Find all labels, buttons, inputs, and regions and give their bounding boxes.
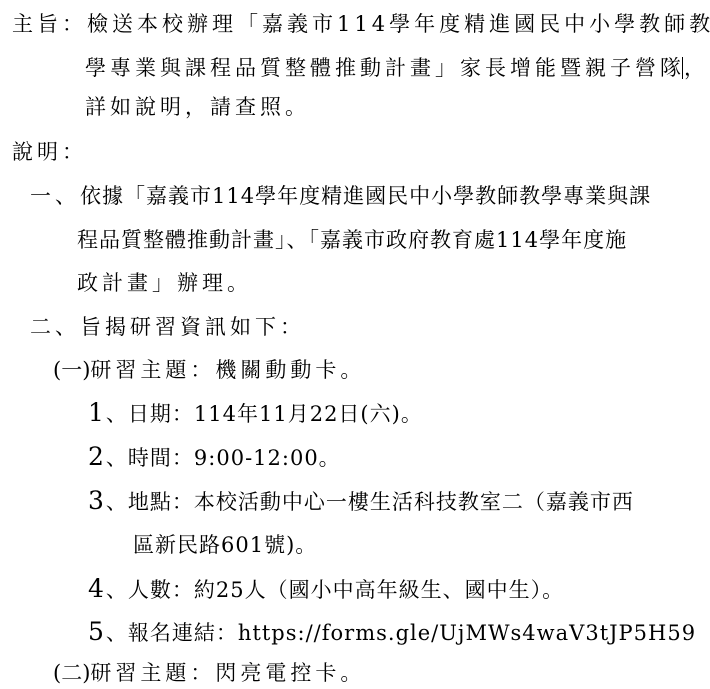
subject-text: 檢送本校辦理「嘉義市114學年度精進國民中小學教師教	[87, 12, 710, 36]
detail-1-number: 1	[88, 398, 106, 427]
subject-text: 學專業與課程品質整體推動計畫」家長增能暨親子營隊	[85, 56, 685, 80]
detail-location: 3、地點：本校活動中心一樓生活科技教室二（嘉義市西	[88, 488, 634, 515]
detail-headcount: 4、人數：約25人（國小中高年級生、國中生）。	[88, 576, 564, 603]
detail-2-text: 時間：9:00-12:00。	[128, 446, 341, 470]
detail-4-text: 人數：約25人（國小中高年級生、國中生）。	[128, 578, 564, 602]
subject-line-3: 詳如說明，請查照。	[85, 94, 310, 120]
detail-3-number: 3	[88, 486, 106, 515]
subject-comma: ，	[684, 56, 709, 80]
detail-date: 1、日期：114年11月22日(六)。	[88, 400, 423, 427]
detail-1-text: 日期：114年11月22日(六)。	[128, 402, 423, 426]
explanation-label: 說明：	[12, 139, 87, 165]
subsection-2-marker: (二)	[53, 661, 90, 685]
subsection-1-text: 研習主題：機關動動卡。	[90, 358, 365, 382]
detail-1-sep: 、	[106, 402, 128, 426]
detail-3-text: 地點：本校活動中心一樓生活科技教室二（嘉義市西	[128, 490, 634, 514]
subject-label: 主旨：	[12, 12, 87, 36]
registration-link[interactable]: 報名連結：https://forms.gle/UjMWs4waV3tJP5H59	[128, 621, 696, 645]
subsection-2: (二)研習主題：閃亮電控卡。	[53, 660, 365, 686]
item-2-text: 旨揭研習資訊如下：	[80, 315, 305, 339]
detail-5-number: 5	[88, 617, 106, 646]
item-1-line-3: 政計畫」辦理。	[77, 270, 252, 296]
subject-text: 詳如說明，請查照。	[85, 95, 310, 119]
subject-line-2: 學專業與課程品質整體推動計畫」家長增能暨親子營隊，	[85, 55, 709, 81]
item-1-marker: 一、	[30, 184, 80, 208]
item-1-line-1: 一、依據「嘉義市114學年度精進國民中小學教師教學專業與課	[30, 183, 651, 209]
item-1-text: 依據「嘉義市114學年度精進國民中小學教師教學專業與課	[80, 184, 651, 208]
detail-4-sep: 、	[106, 578, 128, 602]
detail-time: 2、時間：9:00-12:00。	[88, 444, 341, 471]
subject-line-1: 主旨：檢送本校辦理「嘉義市114學年度精進國民中小學教師教	[12, 11, 710, 37]
text-cursor	[682, 57, 683, 79]
item-2-marker: 二、	[30, 315, 80, 339]
item-2-line: 二、旨揭研習資訊如下：	[30, 314, 305, 340]
detail-2-number: 2	[88, 442, 106, 471]
detail-location-cont: 區新民路601號)。	[133, 532, 317, 558]
detail-5-sep: 、	[106, 621, 128, 645]
subsection-1-marker: (一)	[53, 358, 90, 382]
detail-registration: 5、報名連結：https://forms.gle/UjMWs4waV3tJP5H…	[88, 619, 696, 646]
detail-3-sep: 、	[106, 490, 128, 514]
item-1-line-2: 程品質整體推動計畫」、「嘉義市政府教育處114學年度施	[77, 227, 627, 253]
detail-4-number: 4	[88, 574, 106, 603]
subsection-2-text: 研習主題：閃亮電控卡。	[90, 661, 365, 685]
subsection-1: (一)研習主題：機關動動卡。	[53, 357, 365, 383]
detail-2-sep: 、	[106, 446, 128, 470]
